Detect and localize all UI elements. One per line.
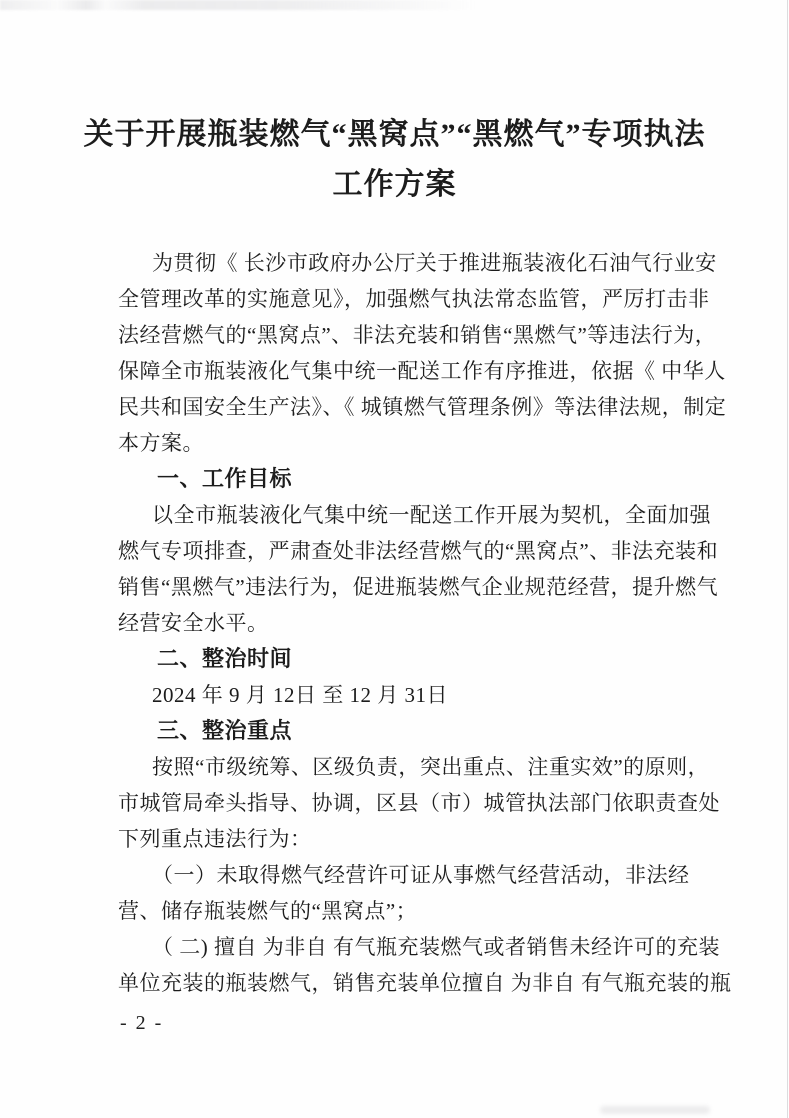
body-line: 按照“市级统筹、区级负责，突出重点、注重实效”的原则， bbox=[118, 749, 676, 785]
body-line: 下列重点违法行为： bbox=[118, 821, 676, 857]
body-line: 全管理改革的实施意见》，加强燃气执法常态监管，严厉打击非 bbox=[118, 281, 676, 317]
page-number: - 2 - bbox=[120, 1012, 163, 1035]
paragraph-focus: 按照“市级统筹、区级负责，突出重点、注重实效”的原则， 市城管局牵头指导、协调，… bbox=[118, 749, 676, 857]
document-body: 为贯彻《 长沙市政府办公厅关于推进瓶装液化石油气行业安 全管理改革的实施意见》，… bbox=[118, 245, 676, 1001]
paragraph-intro: 为贯彻《 长沙市政府办公厅关于推进瓶装液化石油气行业安 全管理改革的实施意见》，… bbox=[118, 245, 676, 461]
body-line: 燃气专项排查，严肃查处非法经营燃气的“黑窝点”、非法充装和 bbox=[118, 533, 676, 569]
document-page: 关于开展瓶装燃气“黑窝点”“黑燃气”专项执法 工作方案 为贯彻《 长沙市政府办公… bbox=[0, 0, 789, 1118]
body-line: 2024 年 9 月 12日 至 12 月 31日 bbox=[118, 677, 676, 713]
section-heading-1: 一、工作目标 bbox=[118, 461, 676, 497]
body-line: 单位充装的瓶装燃气，销售充装单位擅自 为非自 有气瓶充装的瓶 bbox=[118, 965, 676, 1001]
body-line: 市城管局牵头指导、协调，区县（市）城管执法部门依职责查处 bbox=[118, 785, 676, 821]
body-line: 以全市瓶装液化气集中统一配送工作开展为契机，全面加强 bbox=[118, 497, 676, 533]
section-heading-2: 二、整治时间 bbox=[118, 641, 676, 677]
scan-artifact-top bbox=[0, 0, 480, 10]
paragraph-goals: 以全市瓶装液化气集中统一配送工作开展为契机，全面加强 燃气专项排查，严肃查处非法… bbox=[118, 497, 676, 641]
title-line-2: 工作方案 bbox=[0, 160, 789, 210]
body-line: （一）未取得燃气经营许可证从事燃气经营活动，非法经 bbox=[118, 857, 676, 893]
title-line-1: 关于开展瓶装燃气“黑窝点”“黑燃气”专项执法 bbox=[0, 110, 789, 160]
section-heading-3: 三、整治重点 bbox=[118, 713, 676, 749]
body-line: 保障全市瓶装液化气集中统一配送工作有序推进，依据《 中华人 bbox=[118, 353, 676, 389]
paragraph-timeframe: 2024 年 9 月 12日 至 12 月 31日 bbox=[118, 677, 676, 713]
scan-artifact-bottom bbox=[600, 1106, 710, 1114]
body-line: 营、储存瓶装燃气的“黑窝点”； bbox=[118, 893, 676, 929]
paragraph-item-1: （一）未取得燃气经营许可证从事燃气经营活动，非法经 营、储存瓶装燃气的“黑窝点”… bbox=[118, 857, 676, 929]
document-title: 关于开展瓶装燃气“黑窝点”“黑燃气”专项执法 工作方案 bbox=[0, 110, 789, 210]
body-line: 经营安全水平。 bbox=[118, 605, 676, 641]
body-line: 本方案。 bbox=[118, 425, 676, 461]
body-line: 民共和国安全生产法》、《 城镇燃气管理条例》等法律法规，制定 bbox=[118, 389, 676, 425]
body-line: （ 二) 擅自 为非自 有气瓶充装燃气或者销售未经许可的充装 bbox=[118, 929, 676, 965]
body-line: 为贯彻《 长沙市政府办公厅关于推进瓶装液化石油气行业安 bbox=[118, 245, 676, 281]
paragraph-item-2: （ 二) 擅自 为非自 有气瓶充装燃气或者销售未经许可的充装 单位充装的瓶装燃气… bbox=[118, 929, 676, 1001]
body-line: 法经营燃气的“黑窝点”、非法充装和销售“黑燃气”等违法行为， bbox=[118, 317, 676, 353]
body-line: 销售“黑燃气”违法行为，促进瓶装燃气企业规范经营，提升燃气 bbox=[118, 569, 676, 605]
